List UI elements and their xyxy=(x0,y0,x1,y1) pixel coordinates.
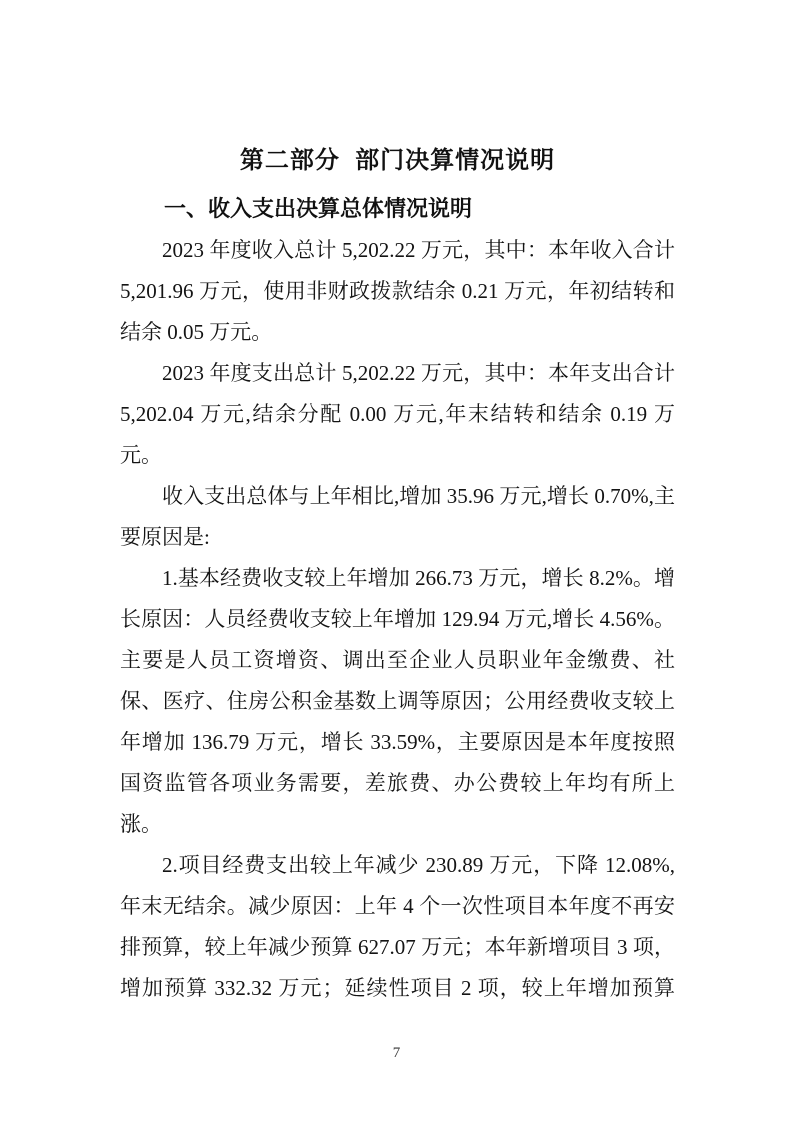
paragraph-expenditure-total: 2023 年度支出总计 5,202.22 万元，其中：本年支出合计 5,202.… xyxy=(120,353,675,476)
paragraph-basic-funds: 1.基本经费收支较上年增加 266.73 万元，增长 8.2%。增长原因：人员经… xyxy=(120,558,675,845)
paragraph-income-total: 2023 年度收入总计 5,202.22 万元，其中：本年收入合计 5,201.… xyxy=(120,230,675,353)
body-text: 2023 年度收入总计 5,202.22 万元，其中：本年收入合计 5,201.… xyxy=(120,230,675,1009)
page-content: 第二部分 部门决算情况说明 一、收入支出决算总体情况说明 2023 年度收入总计… xyxy=(0,0,793,1009)
paragraph-year-comparison: 收入支出总体与上年相比,增加 35.96 万元,增长 0.70%,主要原因是: xyxy=(120,476,675,558)
page-number: 7 xyxy=(0,1044,793,1062)
paragraph-project-funds: 2.项目经费支出较上年减少 230.89 万元，下降 12.08%,年末无结余。… xyxy=(120,845,675,1009)
document-page: 第二部分 部门决算情况说明 一、收入支出决算总体情况说明 2023 年度收入总计… xyxy=(0,0,793,1122)
document-title: 第二部分 部门决算情况说明 xyxy=(120,144,675,178)
section-heading: 一、收入支出决算总体情况说明 xyxy=(120,192,675,226)
